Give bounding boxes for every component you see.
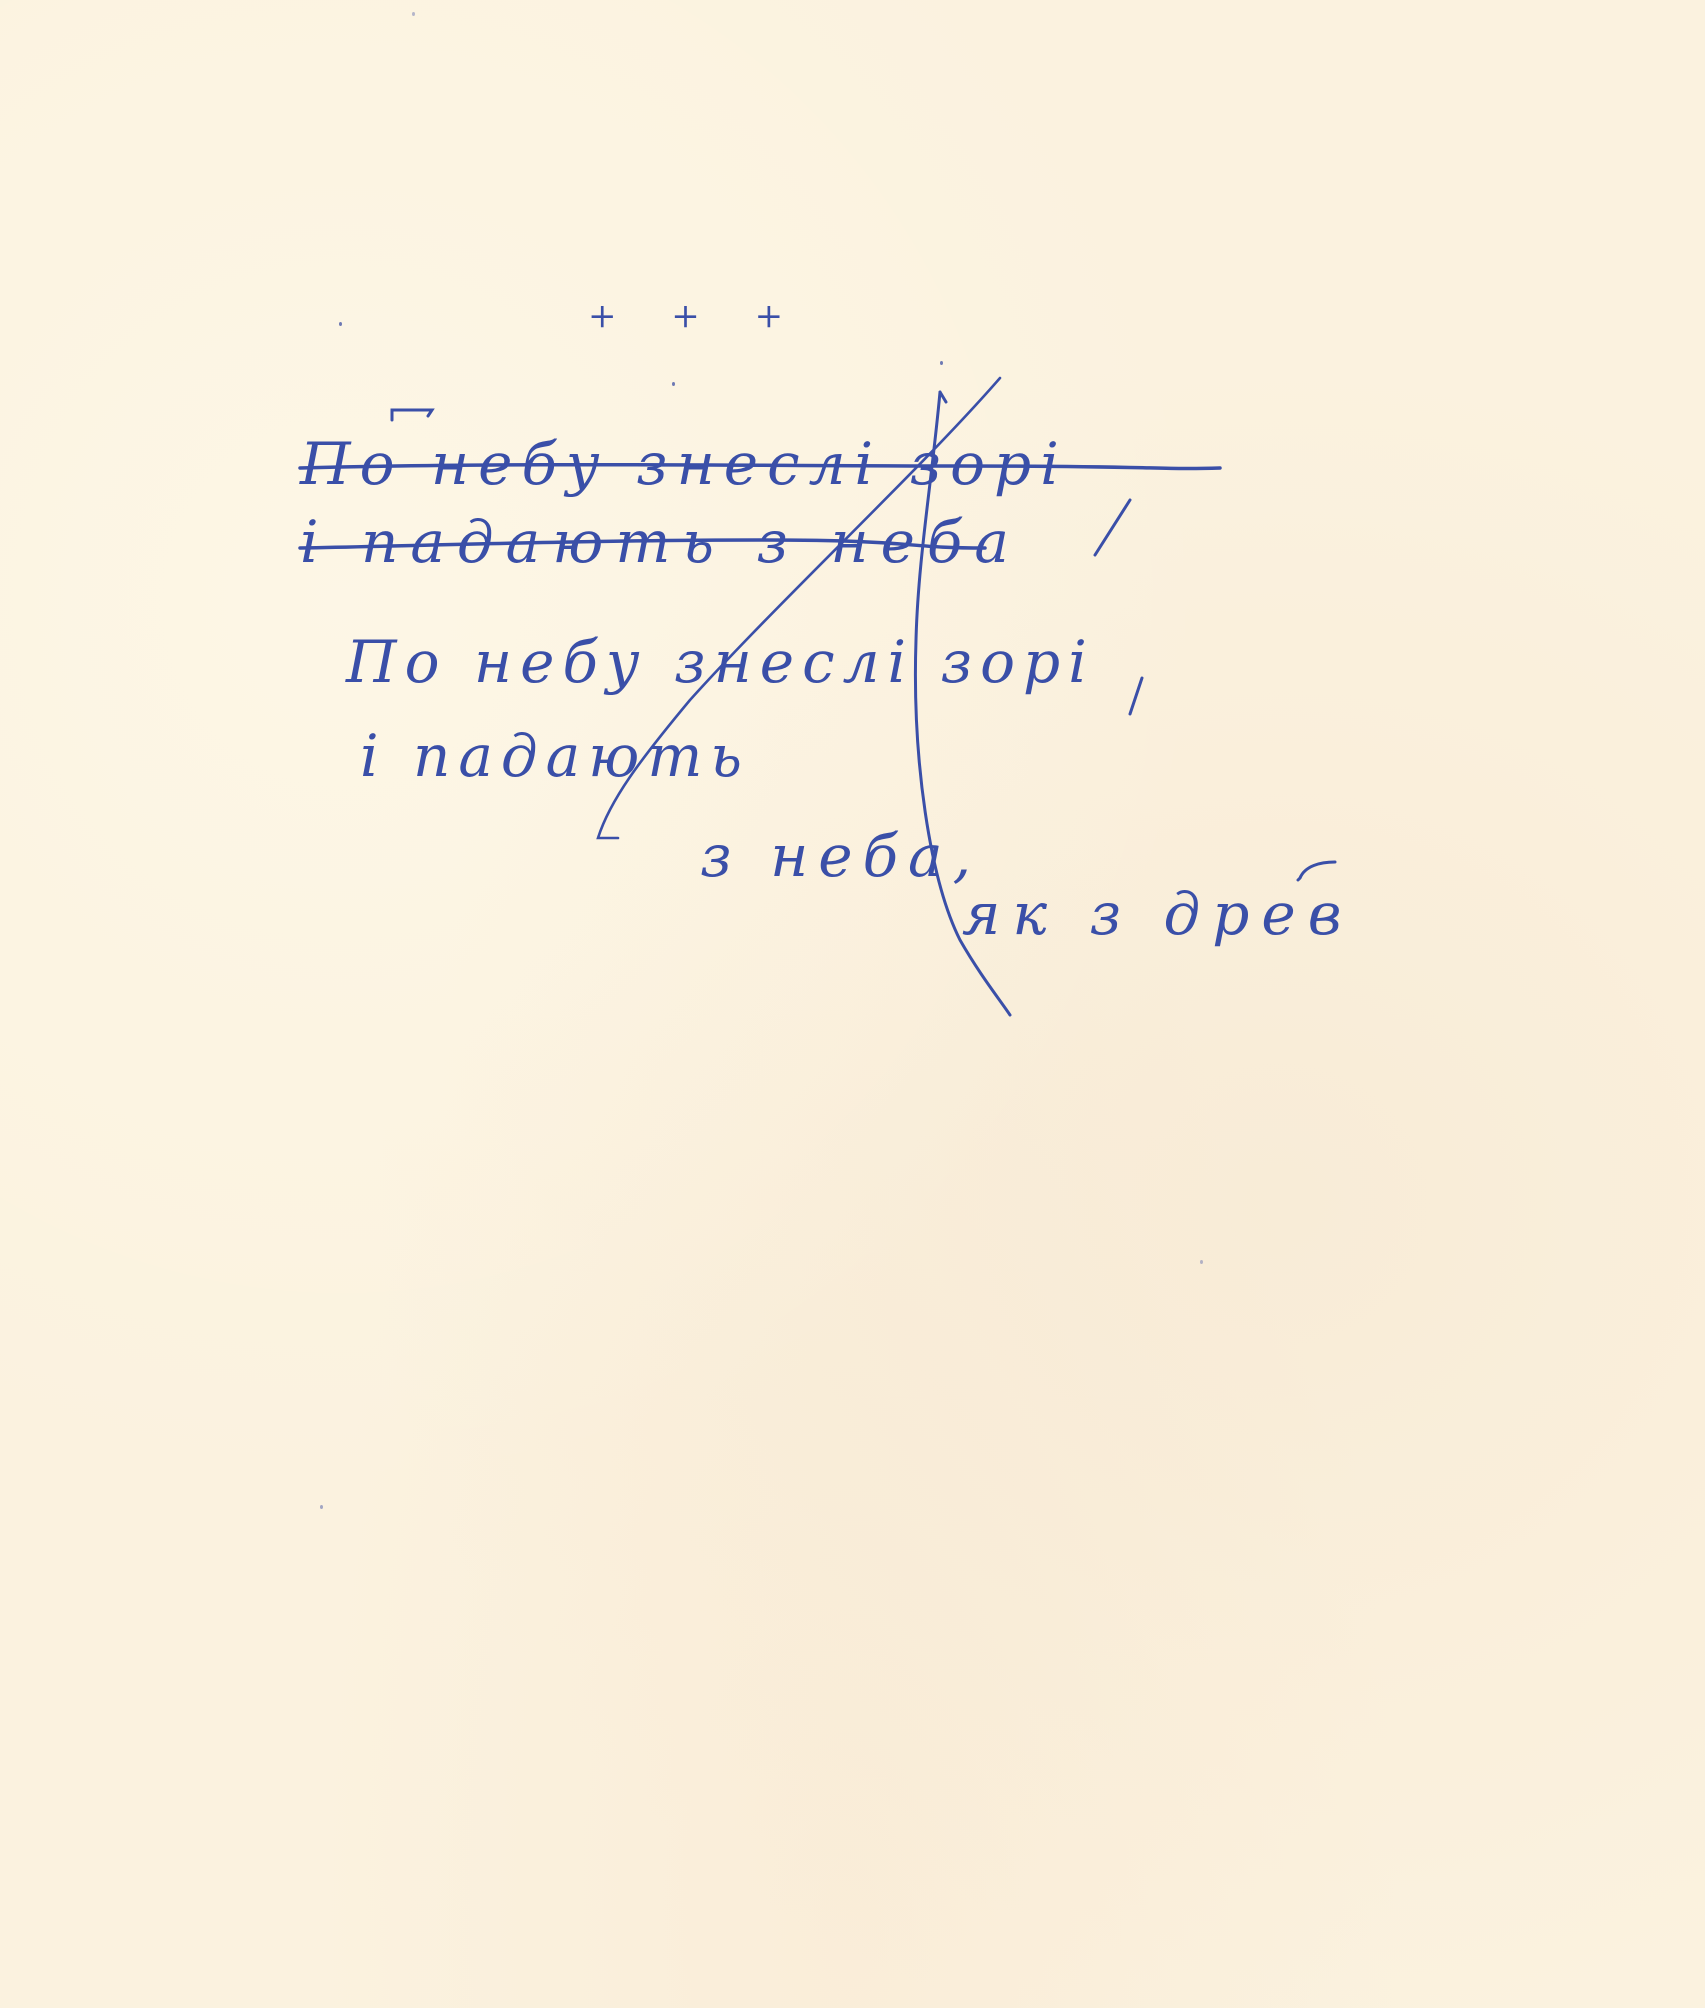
ink-speck (1200, 1260, 1203, 1264)
revised-line-2: і падають (360, 722, 750, 790)
revised-line-1: По небу знеслі зорі (346, 628, 1095, 696)
overbar-mark (392, 410, 432, 420)
descender-flourish-2 (1130, 678, 1142, 714)
ink-speck (412, 12, 415, 16)
ink-speck (672, 382, 675, 386)
struck-line-1: По небу знеслі зорі (300, 430, 1068, 498)
pen-strokes (0, 0, 1705, 2008)
overline-flourish (1298, 862, 1335, 880)
descender-flourish (1095, 500, 1130, 555)
revised-line-3: з неба, (700, 822, 981, 890)
ink-speck (320, 1505, 323, 1509)
revised-line-4: як з древ (962, 880, 1354, 948)
poem-heading-marks: + + + (588, 296, 805, 336)
manuscript-page: + + + По небу знеслі зорі і падають з не… (0, 0, 1705, 2008)
struck-line-2: і падають з неба (300, 508, 1021, 576)
ink-speck (339, 322, 342, 326)
ink-speck (940, 361, 943, 365)
